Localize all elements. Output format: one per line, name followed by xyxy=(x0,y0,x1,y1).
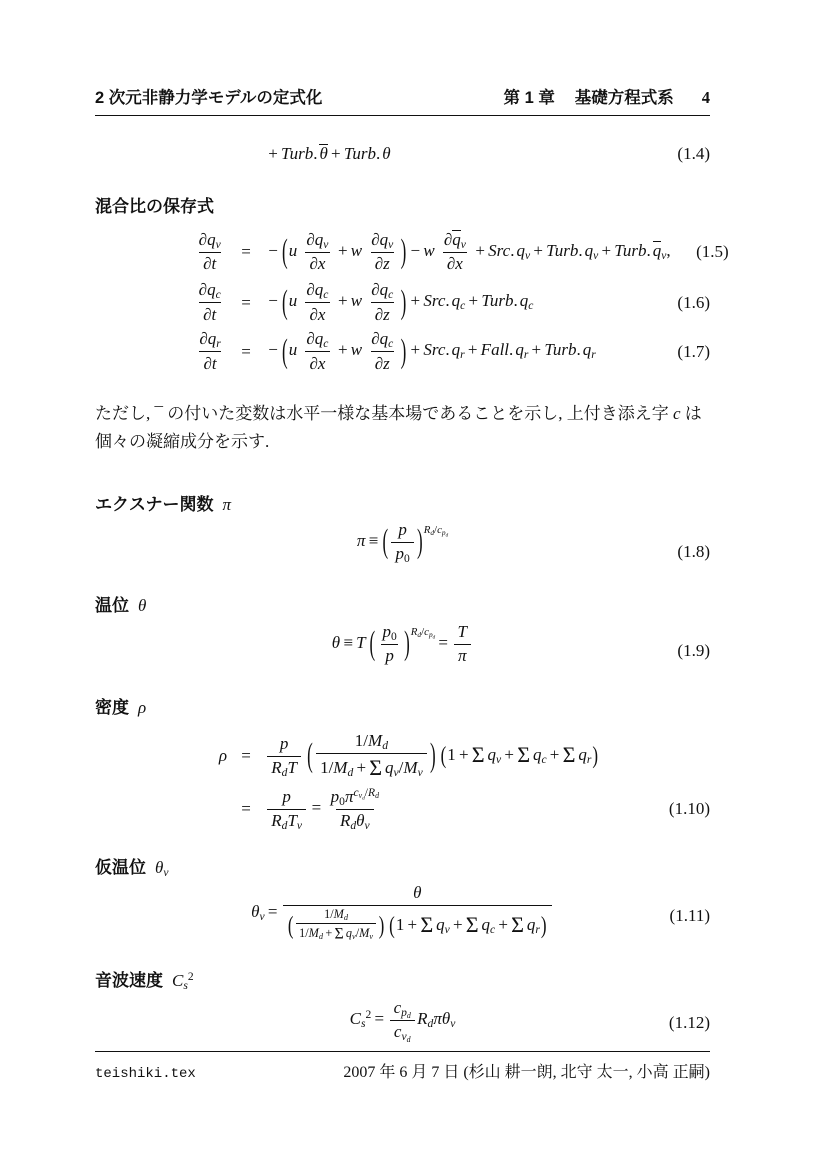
equation-1-10-rel1: = xyxy=(241,746,251,766)
equation-1-8: π≡(pp0)Rd/cpd (1.8) xyxy=(95,520,710,584)
page-content: 2 次元非静力学モデルの定式化 第 1 章 基礎方程式系 4 +Turb.θ+T… xyxy=(95,0,710,1048)
section-heading-potential-temperature-symbol: θ xyxy=(138,596,146,616)
document-page: 2 次元非静力学モデルの定式化 第 1 章 基礎方程式系 4 +Turb.θ+T… xyxy=(0,0,826,1169)
running-header: 2 次元非静力学モデルの定式化 第 1 章 基礎方程式系 4 xyxy=(95,84,710,116)
equation-1-9-body: θ≡T(p0p)Rd/cpd=Tπ xyxy=(332,633,473,652)
equation-1-11-number: (1.11) xyxy=(670,906,710,926)
equation-1-6: ∂qc∂t = −(u∂qc∂x+w∂qc∂z)+Src.qc+Turb.qc … xyxy=(95,278,710,327)
section-heading-virtual-potential-temperature: 仮温位 θv xyxy=(95,853,710,878)
header-page-number: 4 xyxy=(702,88,710,108)
equation-1-7-rel: = xyxy=(241,342,251,362)
equation-1-6-lhs: ∂qc∂t xyxy=(192,280,227,324)
equation-1-12-body: Cs2=cpdcvdRdπθv xyxy=(350,1009,456,1028)
footer-filename: teishiki.tex xyxy=(95,1066,196,1082)
section-heading-density-symbol: ρ xyxy=(138,698,146,718)
equation-1-10-body1: pRdT(1/Md1/Md+Σqv/Mv)(1+Σqv+Σqc+Σqr) xyxy=(265,731,599,781)
section-heading-potential-temperature-label: 温位 xyxy=(95,591,129,616)
equation-1-8-body: π≡(pp0)Rd/cpd xyxy=(357,531,448,550)
equation-1-12: Cs2=cpdcvdRdπθv (1.12) xyxy=(95,998,710,1048)
equation-1-6-body: −(u∂qc∂x+w∂qc∂z)+Src.qc+Turb.qc xyxy=(265,280,533,324)
section-heading-density: 密度 ρ xyxy=(95,693,710,718)
equation-1-7-body: −(u∂qc∂x+w∂qc∂z)+Src.qr+Fall.qr+Turb.qr xyxy=(265,329,596,373)
equation-1-10-line2: = pRdTv=p0πcvd/RdRdθv (1.10) xyxy=(95,784,710,834)
section-heading-density-label: 密度 xyxy=(95,693,129,718)
equation-1-11: θv=θ(1/Md1/Md+Σqv/Mv)(1+Σqv+Σqc+Σqr) (1.… xyxy=(95,883,710,949)
equation-1-4-number: (1.4) xyxy=(677,144,710,164)
equation-1-10-line1: ρ = pRdT(1/Md1/Md+Σqv/Mv)(1+Σqv+Σqc+Σqr) xyxy=(95,728,710,784)
equation-1-12-number: (1.12) xyxy=(669,1013,710,1033)
equation-1-4-body: +Turb.θ+Turb.θ xyxy=(265,144,391,164)
section-heading-sound-speed-symbol: Cs2 xyxy=(172,971,194,991)
section-heading-sound-speed-label: 音波速度 xyxy=(95,966,163,991)
equation-1-6-rel: = xyxy=(241,293,251,313)
header-chapter-title: 基礎方程式系 xyxy=(575,84,674,108)
header-chapter: 第 1 章 xyxy=(504,84,555,108)
section-heading-exner-label: エクスナー関数 xyxy=(95,490,214,515)
page-footer: teishiki.tex 2007 年 6 月 7 日 (杉山 耕一朗, 北守 … xyxy=(95,1051,710,1082)
section-heading-exner-symbol: π xyxy=(223,495,232,515)
equation-1-6-number: (1.6) xyxy=(677,293,710,313)
equation-1-5-rel: = xyxy=(241,242,251,262)
note-line1-post: は xyxy=(681,404,702,423)
section-heading-virtual-potential-temperature-symbol: θv xyxy=(155,858,169,878)
section-heading-sound-speed: 音波速度 Cs2 xyxy=(95,966,710,991)
note-paragraph: ただし, ¯ の付いた変数は水平一様な基本場であることを示し, 上付き添え字 c… xyxy=(95,400,710,455)
equation-1-11-body: θv=θ(1/Md1/Md+Σqv/Mv)(1+Σqv+Σqc+Σqr) xyxy=(251,902,554,921)
equation-1-10-body2: pRdTv=p0πcvd/RdRdθv xyxy=(265,787,385,831)
equation-1-8-number: (1.8) xyxy=(677,542,710,562)
header-right: 第 1 章 基礎方程式系 4 xyxy=(504,84,710,108)
note-line1-variable: c xyxy=(673,404,681,423)
equation-1-5-number: (1.5) xyxy=(696,242,729,262)
equation-1-9-number: (1.9) xyxy=(677,641,710,661)
footer-date-authors: 2007 年 6 月 7 日 (杉山 耕一朗, 北守 太一, 小高 正嗣) xyxy=(343,1059,710,1082)
equation-1-5: ∂qv∂t = −(u∂qv∂x+w∂qv∂z)−w∂qv∂x+Src.qv+T… xyxy=(95,226,710,278)
equation-1-7-lhs: ∂qr∂t xyxy=(193,329,227,373)
equation-1-4: +Turb.θ+Turb.θ (1.4) xyxy=(95,139,710,169)
equation-1-7-number: (1.7) xyxy=(677,342,710,362)
equation-1-10-rel2: = xyxy=(241,799,251,819)
equation-1-9: θ≡T(p0p)Rd/cpd=Tπ (1.9) xyxy=(95,622,710,680)
equation-1-10-lhs: ρ xyxy=(219,746,227,766)
section-heading-virtual-potential-temperature-label: 仮温位 xyxy=(95,853,146,878)
section-heading-mixing-ratio: 混合比の保存式 xyxy=(95,192,710,217)
section-heading-exner-function: エクスナー関数 π xyxy=(95,490,710,515)
note-line2: 個々の凝縮成分を示す. xyxy=(95,432,269,451)
section-heading-potential-temperature: 温位 θ xyxy=(95,591,710,616)
equation-1-5-lhs: ∂qv∂t xyxy=(192,230,227,274)
header-section-title: 2 次元非静力学モデルの定式化 xyxy=(95,84,322,108)
equation-1-10-number: (1.10) xyxy=(669,799,710,819)
equation-1-7: ∂qr∂t = −(u∂qc∂x+w∂qc∂z)+Src.qr+Fall.qr+… xyxy=(95,327,710,376)
note-line1-pre: ただし, ¯ の付いた変数は水平一様な基本場であることを示し, 上付き添え字 xyxy=(95,404,673,423)
equation-1-5-body: −(u∂qv∂x+w∂qv∂z)−w∂qv∂x+Src.qv+Turb.qv+T… xyxy=(265,230,673,274)
section-heading-mixing-ratio-label: 混合比の保存式 xyxy=(95,192,214,217)
